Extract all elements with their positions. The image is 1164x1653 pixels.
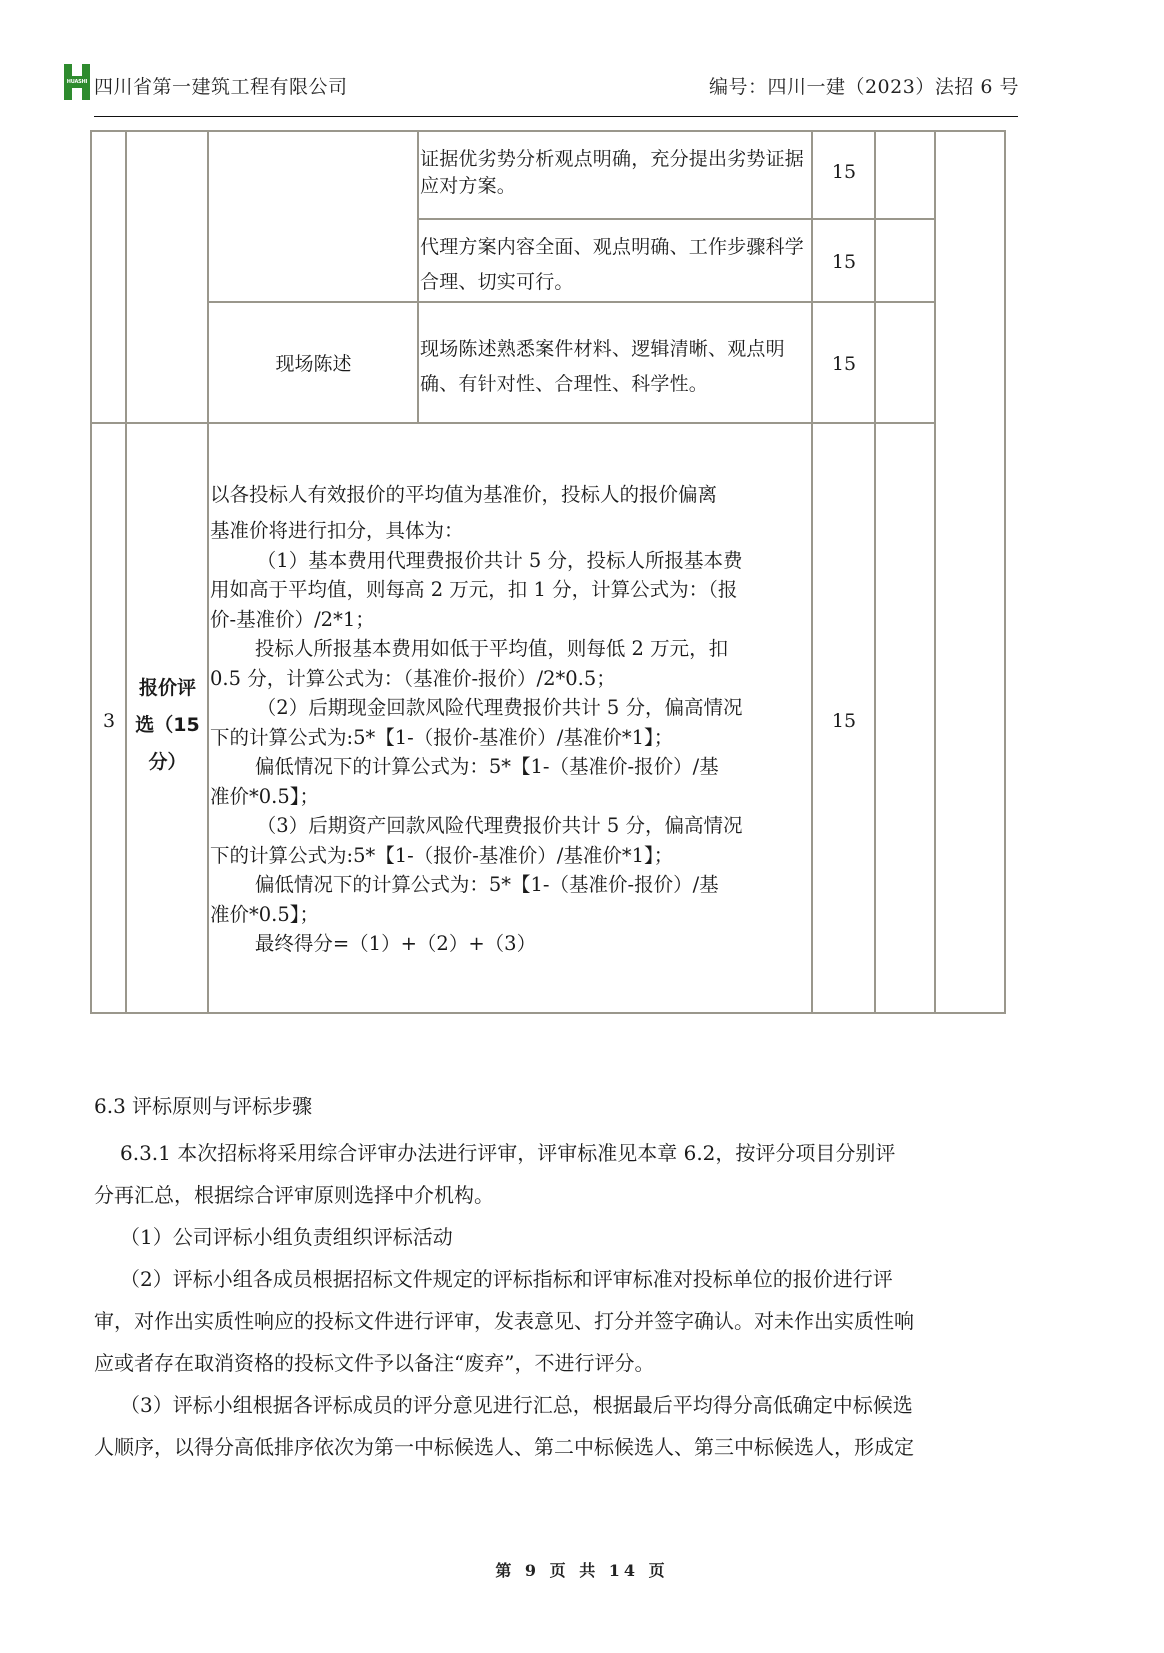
col-divider [934, 130, 936, 1014]
score-cell: 15 [813, 353, 875, 375]
table-border-top [90, 130, 1006, 132]
row-divider [90, 422, 936, 424]
criteria-line: （2）后期现金回款风险代理费报价共计 5 分，偏高情况 [210, 693, 810, 723]
paragraph-line: （3）评标小组根据各评标成员的评分意见进行汇总，根据最后平均得分高低确定中标候选 [94, 1384, 1018, 1426]
category-line: 报价评 [127, 670, 208, 707]
paragraph-line: （2）评标小组各成员根据招标文件规定的评标指标和评审标准对投标单位的报价进行评 [94, 1258, 1018, 1300]
paragraph-line: 审，对作出实质性响应的投标文件进行评审，发表意见、打分并签字确认。对未作出实质性… [94, 1300, 1018, 1342]
col-divider [125, 130, 127, 1014]
paragraph-line: 人顺序，以得分高低排序依次为第一中标候选人、第二中标候选人、第三中标候选人，形成… [94, 1426, 1018, 1468]
document-number: 编号：四川一建（2023）法招 6 号 [709, 72, 1019, 99]
table-border-right [1004, 130, 1006, 1014]
criteria-line: 下的计算公式为:5*【1-（报价-基准价）/基准价*1】； [210, 841, 810, 871]
company-name: 四川省第一建筑工程有限公司 [94, 72, 348, 99]
category-line: 选（15 [127, 707, 208, 744]
row-index: 3 [92, 710, 126, 732]
table-border-left [90, 130, 92, 1014]
criteria-line: 用如高于平均值，则每高 2 万元，扣 1 分，计算公式为：（报 [210, 575, 810, 605]
paragraph-line: （1）公司评标小组负责组织评标活动 [94, 1216, 1018, 1258]
section-heading: 6.3 评标原则与评标步骤 [94, 1090, 1018, 1119]
criteria-line: 准价*0.5】； [210, 900, 810, 930]
criteria-line: 以各投标人有效报价的平均值为基准价，投标人的报价偏离 [210, 478, 810, 512]
row-divider [208, 301, 936, 303]
subcategory-cell: 现场陈述 [209, 351, 418, 378]
criteria-line: 价-基准价）/2*1； [210, 605, 810, 635]
criteria-line: 偏低情况下的计算公式为：5*【1-（基准价-报价）/基 [210, 870, 810, 900]
criteria-line: 下的计算公式为:5*【1-（报价-基准价）/基准价*1】； [210, 723, 810, 753]
criteria-cell: 证据优劣势分析观点明确，充分提出劣势证据应对方案。 [420, 146, 812, 199]
category-line: 分） [127, 744, 208, 781]
category-cell: 报价评 选（15 分） [127, 670, 208, 781]
criteria-line: 0.5 分，计算公式为：（基准价-报价）/2*0.5； [210, 664, 810, 694]
page-number: 第 9 页 共 14 页 [0, 1558, 1164, 1581]
criteria-line: 最终得分=（1）+（2）+（3） [210, 929, 810, 959]
paragraph-line: 6.3.1 本次招标将采用综合评审办法进行评审，评审标准见本章 6.2，按评分项… [94, 1132, 1018, 1174]
criteria-line: 偏低情况下的计算公式为：5*【1-（基准价-报价）/基 [210, 752, 810, 782]
score-cell: 15 [813, 161, 875, 183]
criteria-line: （1）基本费用代理费报价共计 5 分，投标人所报基本费 [210, 546, 810, 576]
criteria-cell: 现场陈述熟悉案件材料、逻辑清晰、观点明确、有针对性、合理性、科学性。 [420, 332, 812, 402]
header-divider [94, 116, 1018, 117]
paragraph-line: 分再汇总，根据综合评审原则选择中介机构。 [94, 1174, 1018, 1216]
row-divider [418, 218, 936, 220]
section-body: 6.3.1 本次招标将采用综合评审办法进行评审，评审标准见本章 6.2，按评分项… [94, 1132, 1018, 1468]
score-cell: 15 [813, 251, 875, 273]
criteria-cell: 代理方案内容全面、观点明确、工作步骤科学合理、切实可行。 [420, 230, 812, 300]
criteria-line: 准价*0.5】； [210, 782, 810, 812]
criteria-line: 投标人所报基本费用如低于平均值，则每低 2 万元，扣 [210, 634, 810, 664]
section-title: 6.3 评标原则与评标步骤 [94, 1090, 1018, 1119]
table-border-bottom [90, 1012, 1006, 1014]
company-logo-icon: HUASHI [64, 64, 90, 100]
score-cell: 15 [813, 710, 875, 732]
price-criteria-cell: 以各投标人有效报价的平均值为基准价，投标人的报价偏离 基准价将进行扣分，具体为：… [210, 478, 810, 959]
logo-text: HUASHI [64, 79, 90, 85]
criteria-line: 基准价将进行扣分，具体为： [210, 516, 810, 546]
col-divider [207, 130, 209, 1014]
page-header: HUASHI 四川省第一建筑工程有限公司 编号：四川一建（2023）法招 6 号 [64, 62, 1019, 102]
paragraph-line: 应或者存在取消资格的投标文件予以备注“废弃”，不进行评分。 [94, 1342, 1018, 1384]
col-divider [417, 130, 419, 424]
criteria-line: （3）后期资产回款风险代理费报价共计 5 分，偏高情况 [210, 811, 810, 841]
